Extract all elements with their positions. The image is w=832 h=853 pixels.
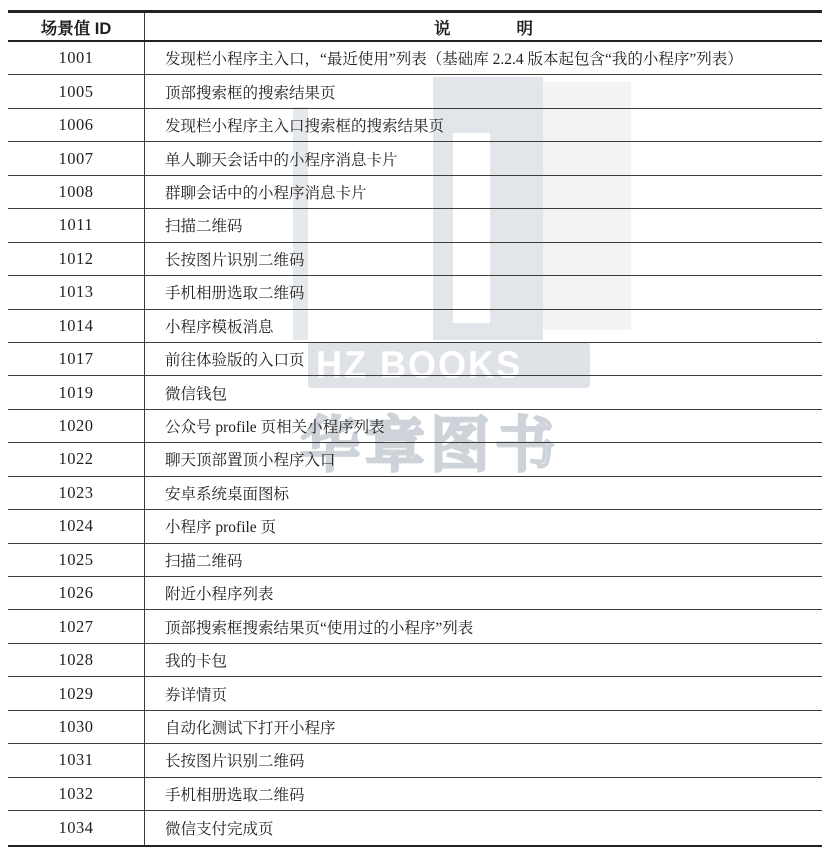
table-row: 1014小程序模板消息 <box>8 310 822 343</box>
table-row: 1020公众号 profile 页相关小程序列表 <box>8 410 822 443</box>
description-value: 自动化测试下打开小程序 <box>165 716 336 738</box>
cell-scene-id: 1006 <box>8 109 145 141</box>
table-row: 1005顶部搜索框的搜索结果页 <box>8 75 822 108</box>
table-row: 1013手机相册选取二维码 <box>8 276 822 309</box>
scene-id-value: 1034 <box>59 818 94 838</box>
cell-description: 长按图片识别二维码 <box>145 744 822 776</box>
scene-id-value: 1012 <box>59 249 94 269</box>
scene-id-value: 1011 <box>59 215 93 235</box>
table-row: 1007单人聊天会话中的小程序消息卡片 <box>8 142 822 175</box>
scene-id-value: 1020 <box>59 416 94 436</box>
cell-description: 小程序 profile 页 <box>145 510 822 542</box>
cell-description: 手机相册选取二维码 <box>145 276 822 308</box>
description-value: 微信支付完成页 <box>165 817 274 839</box>
cell-description: 聊天顶部置顶小程序入口 <box>145 443 822 475</box>
table-row: 1030自动化测试下打开小程序 <box>8 711 822 744</box>
scene-id-value: 1032 <box>59 784 94 804</box>
description-value: 群聊会话中的小程序消息卡片 <box>165 181 367 203</box>
cell-scene-id: 1028 <box>8 644 145 676</box>
cell-scene-id: 1029 <box>8 677 145 709</box>
description-value: 手机相册选取二维码 <box>165 281 305 303</box>
cell-scene-id: 1032 <box>8 778 145 810</box>
table-header-row: 场景值 ID 说 明 <box>8 13 822 42</box>
cell-scene-id: 1008 <box>8 176 145 208</box>
scene-id-value: 1026 <box>59 583 94 603</box>
cell-scene-id: 1020 <box>8 410 145 442</box>
cell-description: 券详情页 <box>145 677 822 709</box>
table-row: 1032手机相册选取二维码 <box>8 778 822 811</box>
cell-description: 发现栏小程序主入口，“最近使用”列表（基础库 2.2.4 版本起包含“我的小程序… <box>145 42 822 74</box>
description-value: 公众号 profile 页相关小程序列表 <box>165 415 385 437</box>
table-row: 1031长按图片识别二维码 <box>8 744 822 777</box>
cell-description: 微信钱包 <box>145 376 822 408</box>
cell-description: 扫描二维码 <box>145 209 822 241</box>
description-value: 顶部搜索框搜索结果页“使用过的小程序”列表 <box>165 616 473 638</box>
scene-id-value: 1023 <box>59 483 94 503</box>
cell-description: 顶部搜索框搜索结果页“使用过的小程序”列表 <box>145 610 822 642</box>
cell-scene-id: 1030 <box>8 711 145 743</box>
description-value: 微信钱包 <box>165 382 227 404</box>
header-description-label: 说 明 <box>434 15 533 39</box>
header-cell-scene-id: 场景值 ID <box>8 13 145 40</box>
cell-scene-id: 1024 <box>8 510 145 542</box>
description-value: 小程序 profile 页 <box>165 515 276 537</box>
cell-scene-id: 1023 <box>8 477 145 509</box>
description-value: 单人聊天会话中的小程序消息卡片 <box>165 148 398 170</box>
description-value: 安卓系统桌面图标 <box>165 482 289 504</box>
cell-description: 安卓系统桌面图标 <box>145 477 822 509</box>
scene-id-value: 1014 <box>59 316 94 336</box>
cell-scene-id: 1027 <box>8 610 145 642</box>
scene-id-value: 1024 <box>59 516 94 536</box>
cell-description: 单人聊天会话中的小程序消息卡片 <box>145 142 822 174</box>
scene-id-value: 1027 <box>59 617 94 637</box>
table-row: 1017前往体验版的入口页 <box>8 343 822 376</box>
scene-id-value: 1025 <box>59 550 94 570</box>
cell-description: 小程序模板消息 <box>145 310 822 342</box>
cell-description: 附近小程序列表 <box>145 577 822 609</box>
cell-scene-id: 1019 <box>8 376 145 408</box>
description-value: 券详情页 <box>165 683 227 705</box>
table-row: 1027顶部搜索框搜索结果页“使用过的小程序”列表 <box>8 610 822 643</box>
cell-description: 发现栏小程序主入口搜索框的搜索结果页 <box>145 109 822 141</box>
table-row: 1019微信钱包 <box>8 376 822 409</box>
description-value: 聊天顶部置顶小程序入口 <box>165 448 336 470</box>
scene-id-value: 1001 <box>59 48 94 68</box>
scene-id-value: 1029 <box>59 684 94 704</box>
table-row: 1001发现栏小程序主入口，“最近使用”列表（基础库 2.2.4 版本起包含“我… <box>8 42 822 75</box>
scene-id-value: 1030 <box>59 717 94 737</box>
header-scene-id-label: 场景值 ID <box>41 15 112 39</box>
cell-description: 长按图片识别二维码 <box>145 243 822 275</box>
table-row: 1024小程序 profile 页 <box>8 510 822 543</box>
table-row: 1012长按图片识别二维码 <box>8 243 822 276</box>
scene-id-value: 1031 <box>59 750 94 770</box>
header-cell-description: 说 明 <box>145 13 822 40</box>
cell-scene-id: 1025 <box>8 544 145 576</box>
cell-description: 微信支付完成页 <box>145 811 822 844</box>
cell-scene-id: 1022 <box>8 443 145 475</box>
cell-description: 自动化测试下打开小程序 <box>145 711 822 743</box>
table-row: 1034微信支付完成页 <box>8 811 822 844</box>
cell-scene-id: 1014 <box>8 310 145 342</box>
table-row: 1008群聊会话中的小程序消息卡片 <box>8 176 822 209</box>
table-row: 1023安卓系统桌面图标 <box>8 477 822 510</box>
cell-scene-id: 1012 <box>8 243 145 275</box>
cell-scene-id: 1013 <box>8 276 145 308</box>
scene-value-table: 场景值 ID 说 明 1001发现栏小程序主入口，“最近使用”列表（基础库 2.… <box>8 10 822 847</box>
description-value: 发现栏小程序主入口，“最近使用”列表（基础库 2.2.4 版本起包含“我的小程序… <box>165 47 743 69</box>
table-row: 1022聊天顶部置顶小程序入口 <box>8 443 822 476</box>
description-value: 长按图片识别二维码 <box>165 248 305 270</box>
description-value: 扫描二维码 <box>165 549 243 571</box>
table-row: 1029券详情页 <box>8 677 822 710</box>
scene-id-value: 1022 <box>59 449 94 469</box>
table-row: 1006发现栏小程序主入口搜索框的搜索结果页 <box>8 109 822 142</box>
scene-id-value: 1008 <box>59 182 94 202</box>
description-value: 发现栏小程序主入口搜索框的搜索结果页 <box>165 114 444 136</box>
table-body: 1001发现栏小程序主入口，“最近使用”列表（基础库 2.2.4 版本起包含“我… <box>8 42 822 845</box>
cell-description: 扫描二维码 <box>145 544 822 576</box>
scene-id-value: 1028 <box>59 650 94 670</box>
table-row: 1026附近小程序列表 <box>8 577 822 610</box>
description-value: 小程序模板消息 <box>165 315 274 337</box>
description-value: 我的卡包 <box>165 649 227 671</box>
cell-description: 前往体验版的入口页 <box>145 343 822 375</box>
description-value: 扫描二维码 <box>165 214 243 236</box>
table-row: 1025扫描二维码 <box>8 544 822 577</box>
table-row: 1028我的卡包 <box>8 644 822 677</box>
cell-scene-id: 1011 <box>8 209 145 241</box>
cell-description: 公众号 profile 页相关小程序列表 <box>145 410 822 442</box>
scene-id-value: 1019 <box>59 383 94 403</box>
cell-scene-id: 1001 <box>8 42 145 74</box>
scene-id-value: 1007 <box>59 149 94 169</box>
cell-scene-id: 1007 <box>8 142 145 174</box>
scene-id-value: 1006 <box>59 115 94 135</box>
description-value: 附近小程序列表 <box>165 582 274 604</box>
description-value: 手机相册选取二维码 <box>165 783 305 805</box>
table-row: 1011扫描二维码 <box>8 209 822 242</box>
scene-id-value: 1017 <box>59 349 94 369</box>
cell-description: 群聊会话中的小程序消息卡片 <box>145 176 822 208</box>
scene-id-value: 1005 <box>59 82 94 102</box>
cell-scene-id: 1017 <box>8 343 145 375</box>
cell-scene-id: 1031 <box>8 744 145 776</box>
description-value: 长按图片识别二维码 <box>165 749 305 771</box>
cell-scene-id: 1005 <box>8 75 145 107</box>
cell-description: 顶部搜索框的搜索结果页 <box>145 75 822 107</box>
scene-id-value: 1013 <box>59 282 94 302</box>
cell-scene-id: 1026 <box>8 577 145 609</box>
cell-description: 我的卡包 <box>145 644 822 676</box>
description-value: 顶部搜索框的搜索结果页 <box>165 81 336 103</box>
description-value: 前往体验版的入口页 <box>165 348 305 370</box>
cell-description: 手机相册选取二维码 <box>145 778 822 810</box>
cell-scene-id: 1034 <box>8 811 145 844</box>
